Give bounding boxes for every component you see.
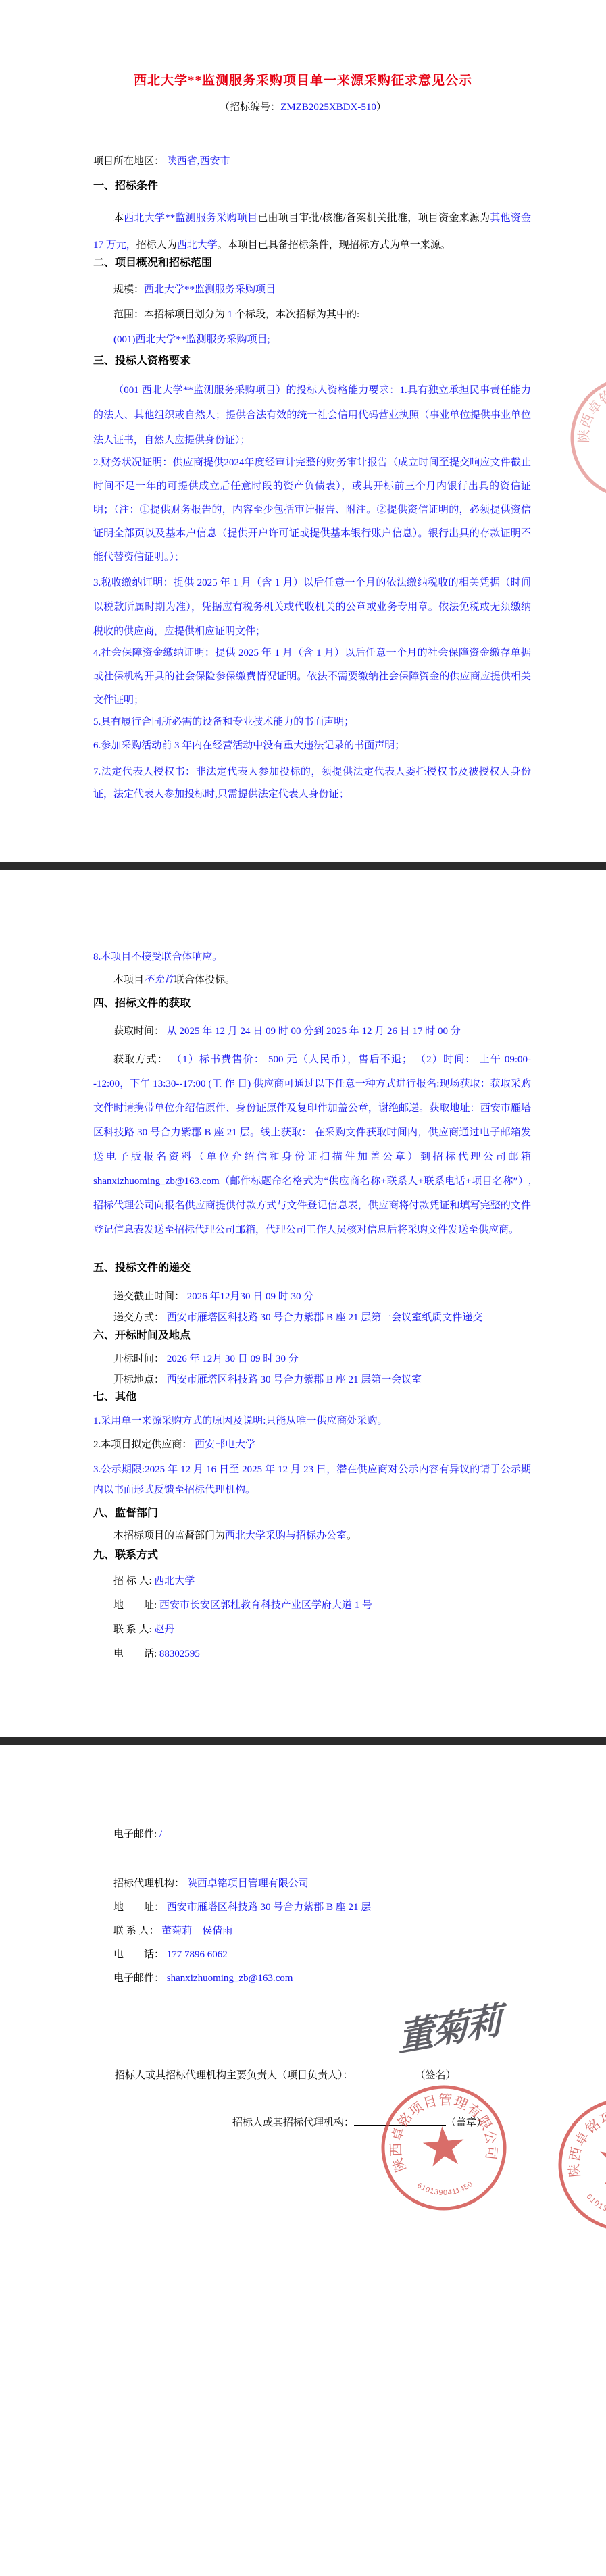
- section-3-heading: 三、投标人资格要求: [93, 353, 191, 369]
- text-segment: 陕西卓铭项目管理有限公司: [187, 1878, 309, 1889]
- text-segment: 开标时间：: [113, 1354, 167, 1364]
- text-segment: 西北大学: [177, 240, 218, 251]
- agency-phone-line: 电 话： 177 7896 6062: [113, 1944, 228, 1965]
- tenderer-address-line: 地 址: 西安市长安区郭杜教育科技产业区学府大道 1 号: [113, 1595, 372, 1616]
- text-segment: 开标地点：: [113, 1374, 167, 1385]
- submit-deadline-line: 递交截止时间： 2026 年12月30 日 09 时 30 分: [113, 1287, 313, 1307]
- page-separator-bar: [0, 862, 606, 870]
- signature-line-person-suffix: （签名）: [415, 2070, 456, 2081]
- text-segment: 2026 年 12月 30 日 09 时 30 分: [167, 1354, 299, 1364]
- tenderer-email-line: 电子邮件: /: [113, 1824, 162, 1845]
- handwritten-signature: 董菊莉: [397, 1991, 501, 2061]
- text-segment: 本: [113, 213, 124, 224]
- qualification-item-2: 2.财务状况证明：供应商提供2024年度经审计完整的财务审计报告（成立时间至提交…: [93, 451, 531, 569]
- section-6-heading: 六、开标时间及地点: [93, 1328, 191, 1344]
- text-segment: 电 话：: [113, 1949, 167, 1960]
- other-item-3: 3.公示期限:2025 年 12 月 16 日至 2025 年 12 月 23 …: [93, 1460, 531, 1500]
- text-segment: 177 7896 6062: [167, 1949, 228, 1960]
- qualification-item-7: 7.法定代表人授权书：非法定代表人参加投标的，须提供法定代表人委托授权书及被授权…: [93, 761, 531, 806]
- text-segment: 获取方式：: [113, 1054, 172, 1065]
- text-segment: 陕西省,西安市: [167, 156, 230, 167]
- signature-blank: [353, 2067, 415, 2078]
- svg-text:6101390411450: 6101390411450: [415, 2177, 475, 2200]
- text-segment: （1）标书费售价： 500 元（人民币），售后不退； （2）时间： 上午 09:…: [93, 1054, 531, 1235]
- text-segment: 招 标 人:: [113, 1576, 154, 1587]
- text-segment: 2026 年12月30 日 09 时 30 分: [187, 1291, 314, 1302]
- section-7-heading: 七、其他: [93, 1389, 136, 1406]
- text-segment: 联 系 人:: [113, 1624, 154, 1635]
- section-1-paragraph: 本西北大学**监测服务采购项目已由项目审批/核准/备案机关批准，项目资金来源为其…: [93, 205, 531, 259]
- qualification-item-3: 3.税收缴纳证明：提供 2025 年 1 月（含 1 月）以后任意一个月的依法缴…: [93, 571, 531, 644]
- text-segment: 不允许: [144, 975, 174, 985]
- text-segment: 电子邮件:: [113, 1829, 159, 1840]
- tender-reference-line: （招标编号：ZMZB2025XBDX-510）: [0, 99, 606, 113]
- qualification-item-1: （001 西北大学**监测服务采购项目）的投标人资格能力要求：1.具有独立承担民…: [93, 378, 531, 453]
- tenderer-name-line: 招 标 人: 西北大学: [113, 1571, 195, 1591]
- text-segment: 招标人为: [136, 240, 177, 251]
- document-page: 西北大学**监测服务采购项目单一来源采购征求意见公示 （招标编号：ZMZB202…: [0, 0, 606, 2576]
- opening-place-line: 开标地点： 西安市雁塔区科技路 30 号合力紫郡 B 座 21 层第一会议室: [113, 1370, 422, 1390]
- text-segment: 联 系 人：: [113, 1926, 161, 1936]
- supervision-line: 本招标项目的监督部门为西北大学采购与招标办公室。: [113, 1526, 357, 1546]
- text-segment: 董菊莉 侯倩雨: [161, 1926, 232, 1936]
- text-segment: 西北大学**监测服务采购项目: [124, 213, 257, 224]
- text-segment: 联合体投标。: [174, 975, 235, 985]
- project-scale-line: 规模：西北大学**监测服务采购项目: [113, 280, 276, 300]
- text-segment: 地 址:: [113, 1600, 159, 1611]
- section-1-heading: 一、招标条件: [93, 178, 158, 195]
- project-scope-line: 范围：本招标项目划分为 1 个标段，本次招标为其中的:: [113, 305, 359, 325]
- stamp-number-text: 6101390411450: [415, 2177, 475, 2200]
- text-segment: 西安市雁塔区科技路 30 号合力紫郡 B 座 21 层第一会议室纸质文件递交: [167, 1312, 483, 1323]
- text-segment: 2.本项目拟定供应商：: [93, 1439, 195, 1450]
- signature-line-person-label: 招标人或其招标代理机构主要负责人（项目负责人）：: [115, 2070, 353, 2081]
- text-segment: 项目所在地区：: [93, 156, 167, 167]
- other-item-1: 1.采用单一来源采购方式的原因及说明:只能从唯一供应商处采购。: [93, 1411, 531, 1431]
- signature-line-org-label: 招标人或其招标代理机构：: [232, 2117, 354, 2128]
- text-segment: 已由项目审批/核准/备案机关批准，项目资金来源为: [257, 213, 490, 224]
- text-segment: 西北大学: [154, 1576, 195, 1587]
- submit-method-line: 递交方式： 西安市雁塔区科技路 30 号合力紫郡 B 座 21 层第一会议室纸质…: [113, 1308, 482, 1328]
- text-segment: 西安市长安区郭杜教育科技产业区学府大道 1 号: [159, 1600, 372, 1611]
- text-segment: 西北大学采购与招标办公室: [225, 1530, 347, 1541]
- text-segment: 。: [347, 1530, 357, 1541]
- partial-round-stamp-bottom: 陕西卓铭项目管理有限公司 6101390411450: [551, 2090, 606, 2239]
- text-segment: 西北大学**监测服务采购项目: [144, 284, 276, 295]
- text-segment: 西安市雁塔区科技路 30 号合力紫郡 B 座 21 层第一会议室: [167, 1374, 422, 1385]
- text-segment: 本项目: [113, 975, 144, 985]
- text-segment: 获取时间：: [113, 1026, 167, 1037]
- lot-001-line: (001)西北大学**监测服务采购项目;: [113, 330, 270, 350]
- section-2-heading: 二、项目概况和招标范围: [93, 255, 212, 272]
- section-8-heading: 八、监督部门: [93, 1505, 158, 1522]
- text-segment: 递交方式：: [113, 1312, 167, 1323]
- text-segment: 西安邮电大学: [195, 1439, 255, 1450]
- text-segment: 递交截止时间：: [113, 1291, 187, 1302]
- agency-address-line: 地 址： 西安市雁塔区科技路 30 号合力紫郡 B 座 21 层: [113, 1897, 371, 1917]
- text-segment: 。本项目已具备招标条件，现招标方式为单一来源。: [218, 240, 451, 251]
- section-5-heading: 五、投标文件的递交: [93, 1260, 191, 1277]
- text-segment: 地 址：: [113, 1902, 167, 1913]
- other-item-2: 2.本项目拟定供应商： 西安邮电大学: [93, 1435, 255, 1455]
- page-title: 西北大学**监测服务采购项目单一来源采购征求意见公示: [0, 70, 606, 88]
- text-segment: 电 话:: [113, 1649, 159, 1659]
- text-segment: 从 2025 年 12 月 24 日 09 时 00 分到 2025 年 12 …: [167, 1026, 461, 1037]
- qualification-item-5: 5.具有履行合同所必需的设备和专业技术能力的书面声明；: [93, 712, 531, 732]
- ref-number: ZMZB2025XBDX-510: [280, 102, 376, 113]
- consortium-statement-line: 本项目不允许联合体投标。: [113, 970, 235, 990]
- text-segment: 范围：本招标项目划分为: [113, 309, 228, 320]
- text-segment: 规模：: [113, 284, 144, 295]
- section-9-heading: 九、联系方式: [93, 1547, 158, 1564]
- acquire-method-paragraph: 获取方式： （1）标书费售价： 500 元（人民币），售后不退； （2）时间： …: [93, 1048, 531, 1242]
- qualification-item-8: 8.本项目不接受联合体响应。: [93, 947, 531, 967]
- text-segment: 西安市雁塔区科技路 30 号合力紫郡 B 座 21 层: [167, 1902, 372, 1913]
- text-segment: /: [159, 1829, 162, 1840]
- tenderer-contact-line: 联 系 人: 赵丹: [113, 1620, 174, 1640]
- acquire-time-line: 获取时间： 从 2025 年 12 月 24 日 09 时 00 分到 2025…: [113, 1021, 461, 1041]
- partial-round-stamp-top: 陕西卓铭项目管理有限公司: [564, 370, 606, 505]
- ref-label: （招标编号：: [220, 102, 280, 113]
- text-segment: 赵丹: [154, 1624, 174, 1635]
- opening-time-line: 开标时间： 2026 年 12月 30 日 09 时 30 分: [113, 1349, 299, 1369]
- agency-round-stamp: 陕西卓铭项目管理有限公司 6101390411450: [376, 2080, 511, 2215]
- page-separator-bar: [0, 1737, 606, 1745]
- project-region-line: 项目所在地区： 陕西省,西安市: [93, 151, 230, 172]
- tenderer-phone-line: 电 话: 88302595: [113, 1644, 200, 1664]
- text-segment: 个标段，本次招标为其中的:: [232, 309, 359, 320]
- text-segment: 招标代理机构：: [113, 1878, 187, 1889]
- agency-email-line: 电子邮件： shanxizhuoming_zb@163.com: [113, 1968, 293, 1988]
- text-segment: 88302595: [159, 1649, 200, 1659]
- text-segment: shanxizhuoming_zb@163.com: [167, 1973, 293, 1984]
- text-segment: 电子邮件：: [113, 1973, 167, 1984]
- text-segment: 本招标项目的监督部门为: [113, 1530, 225, 1541]
- qualification-item-4: 4.社会保障资金缴纳证明：提供 2025 年 1 月（含 1 月）以后任意一个月…: [93, 642, 531, 713]
- agency-name-line: 招标代理机构： 陕西卓铭项目管理有限公司: [113, 1874, 309, 1894]
- section-4-heading: 四、招标文件的获取: [93, 996, 191, 1012]
- agency-contact-line: 联 系 人： 董菊莉 侯倩雨: [113, 1921, 232, 1941]
- ref-close: ）: [376, 102, 386, 113]
- qualification-item-6: 6.参加采购活动前 3 年内在经营活动中没有重大违法记录的书面声明；: [93, 736, 531, 756]
